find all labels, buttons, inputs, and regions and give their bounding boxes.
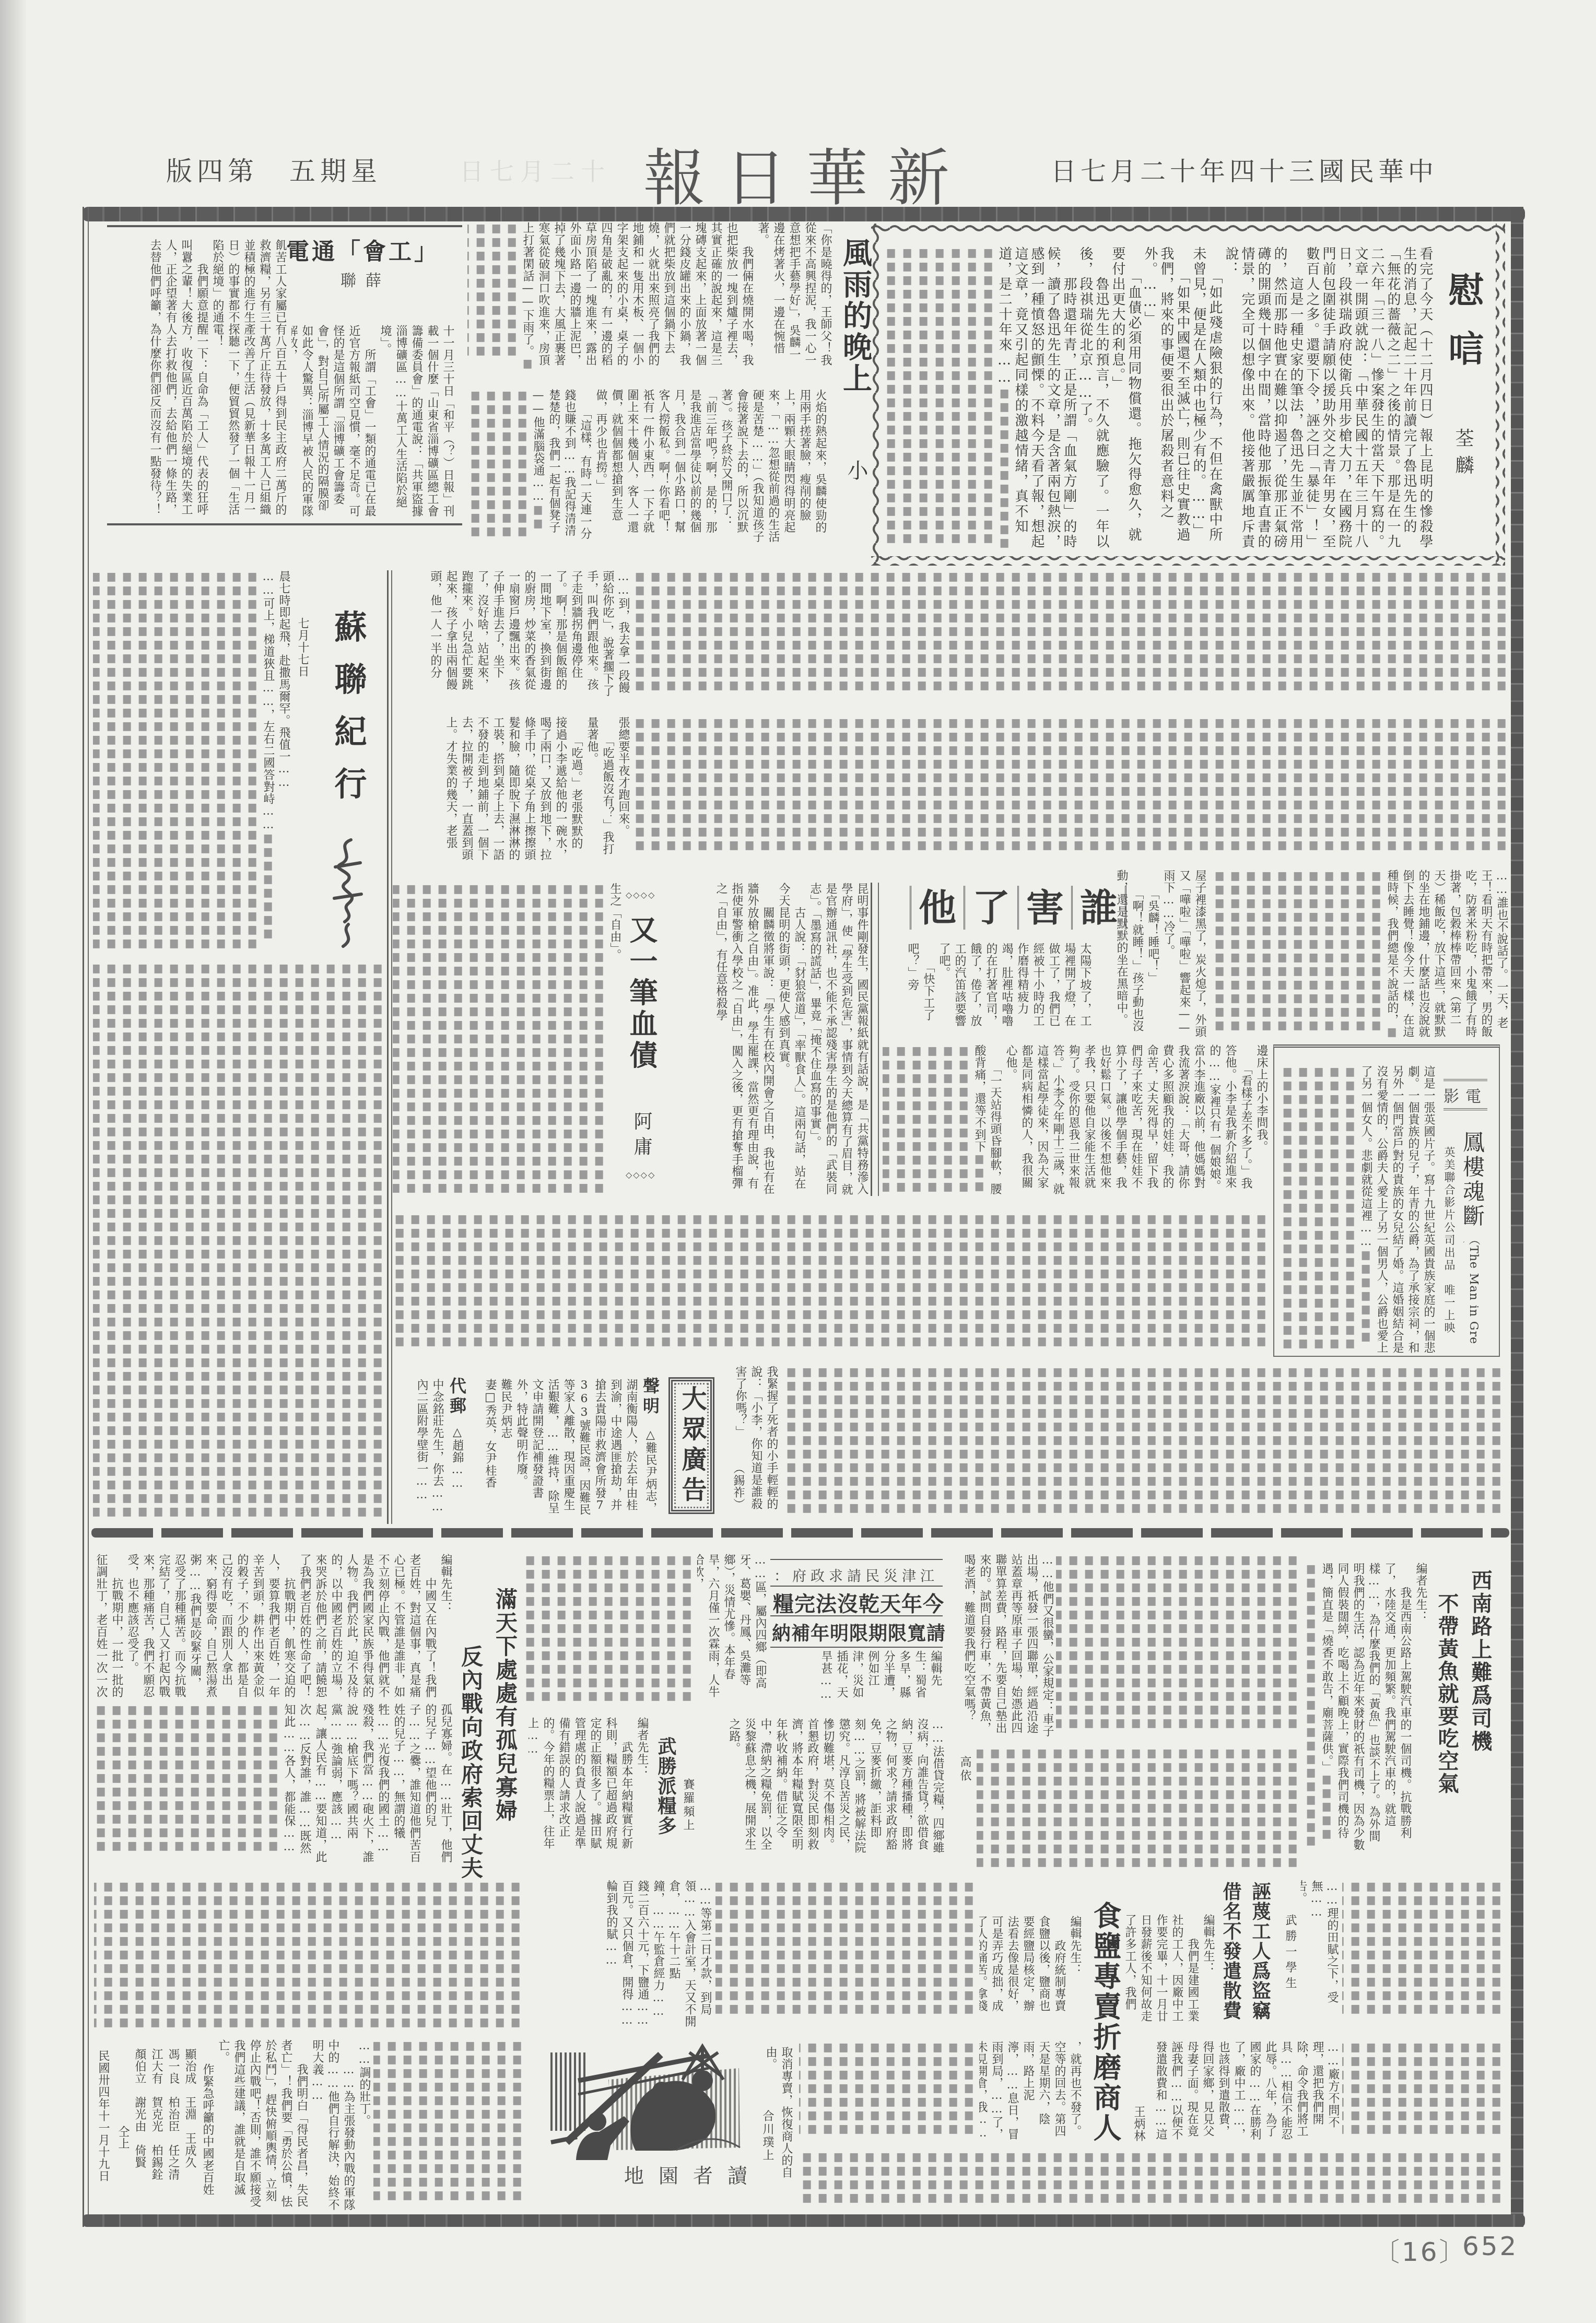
signatory-column: 顯治成 王淵 王成久 <box>183 2048 197 2202</box>
jiangjin-body-b: ……區，屬內四鄉（即高牙、葛嬰、丹鳳、吳灘等鄉），災情尤慘。本年春旱，六月僅一次… <box>697 1554 768 1704</box>
condolence-byline: 荃麟 <box>1451 428 1475 486</box>
workers-slandered-signoff: 王炳林等 <box>1131 2106 1146 2148</box>
jiangjin-rule <box>770 1615 943 1616</box>
mail-notice-title: 代郵 <box>447 1377 467 1419</box>
jiangjin-headline-2: 請寬限期限明年補納 <box>772 1619 946 1646</box>
storm-night-cont-tier-c: ……誰也不說話了。一天，老王！看明天有時把帶來，男的飯吃，防著米粉吃，小鬼餓了有… <box>1211 870 1509 1042</box>
illegible-print: ▆▆▆▆▆▆▆▆▆▆▆▆▆▆▆▆▆▆▆▆▆▆▆▆▆▆▆▆▆▆▆▆▆▆▆▆▆▆▆▆… <box>633 717 1507 852</box>
title-char: 誰 <box>1071 886 1126 930</box>
illegible-print: ▆▆▆▆▆▆▆▆▆▆▆▆▆▆▆▆▆▆▆▆▆▆▆▆▆▆▆▆▆▆▆▆▆▆▆▆▆▆▆▆… <box>94 1880 521 2029</box>
soviet-travel-dateline: 七月十七日 <box>295 617 310 690</box>
southwest-drivers-signoff: 高依 <box>958 1756 972 1785</box>
anti-civil-war-title-1: 滿天下處處有孤兒寡婦 <box>492 1588 518 1828</box>
illegible-print: ▆▆▆▆▆▆▆▆▆▆▆▆▆▆▆▆▆▆▆▆▆▆▆▆▆▆▆▆▆▆▆▆▆▆▆▆▆▆▆▆… <box>93 570 274 951</box>
who-harmed-him-body-b: 邊床上的小李問我。 「看樣子差不多了。」我答他。小李是我新介紹進來的……家裡只有… <box>883 1045 1269 1197</box>
illegible-print: ▆▆▆▆▆▆▆▆▆▆▆▆▆▆▆▆▆▆▆▆▆▆▆▆▆▆▆▆▆▆▆▆▆▆▆▆▆▆▆▆… <box>884 247 1010 550</box>
workers-slandered-body-cont: ▆▆▆▆▆▆▆▆▆▆▆▆▆▆▆▆▆▆▆▆▆▆▆▆▆▆▆▆▆▆▆▆▆▆▆▆▆▆▆▆… <box>1342 2041 1504 2146</box>
frame-bottom-rule <box>83 2214 1525 2227</box>
jiangjin-kicker: 江津災民請求政府： <box>774 1565 938 1585</box>
cosign-mark: 仝上 <box>117 2126 131 2157</box>
woodcut-illustration <box>546 2043 749 2161</box>
illegible-print: ▆▆▆▆▆▆▆▆▆▆▆▆▆▆▆▆▆▆▆▆▆▆▆▆▆▆▆▆▆▆▆▆▆▆▆▆▆▆▆▆… <box>467 222 533 371</box>
illegible-print: ▆▆▆▆▆▆▆▆▆▆▆▆▆▆▆▆▆▆▆▆▆▆▆▆▆▆▆▆▆▆▆▆▆▆▆▆▆▆▆▆… <box>525 1554 693 1703</box>
illegible-print: ▆▆▆▆▆▆▆▆▆▆▆▆▆▆▆▆▆▆▆▆▆▆▆▆▆▆▆▆▆▆▆▆▆▆▆▆▆▆▆▆… <box>467 389 544 538</box>
illegible-print: ▆▆▆▆▆▆▆▆▆▆▆▆▆▆▆▆▆▆▆▆▆▆▆▆▆▆▆▆▆▆▆▆▆▆▆▆▆▆▆▆… <box>393 1213 1267 1348</box>
issue-date: 中華民國三十四年十二月七日 <box>1051 151 1438 188</box>
section-separator <box>91 1528 1509 1538</box>
volume-marker: 〔16〕 <box>1374 2231 1468 2269</box>
workers-slandered-title-1: 誣蔑工人爲盜竊 <box>1249 1882 1271 2023</box>
jiangjin-body-a: 編輯先生：蜀省多旱，縣分半遭，例如江津，災如插花，天旱甚…… <box>772 1650 943 1702</box>
soviet-travel-body-cont: ▆▆▆▆▆▆▆▆▆▆▆▆▆▆▆▆▆▆▆▆▆▆▆▆▆▆▆▆▆▆▆▆▆▆▆▆▆▆▆▆… <box>93 962 385 1523</box>
frame-top-rule <box>83 207 1525 221</box>
film-review-body: 這是一張英國片子。寫十九世紀英國貴族家庭的一個悲劇。一個貴族的兒子，年青的公爵，… <box>1281 1065 1436 1354</box>
column-divider-rule <box>871 883 879 1196</box>
weekday-edition: 星期五 第四版 <box>166 150 382 188</box>
storm-night-body-upper: 「你是曉得的，王師父！我從來不高興捏泥，我一心一意想把手藝學好」，吳麟一邊在烤著… <box>467 222 833 371</box>
illegible-print: ▆▆▆▆▆▆▆▆▆▆▆▆▆▆▆▆▆▆▆▆▆▆▆▆▆▆▆▆▆▆▆▆▆▆▆▆▆▆▆▆… <box>93 962 383 1519</box>
jiangjin-body-c: ……法借貸完糧，四鄉雖沒病，向誰告貸？欲借食納，豆麥方種播種，即將之物，何求？請… <box>700 1718 945 1862</box>
blood-debt-title: 又一筆血債 <box>626 915 658 1082</box>
illegible-print: ▆▆▆▆▆▆▆▆▆▆▆▆▆▆▆▆▆▆▆▆▆▆▆▆▆▆▆▆▆▆▆▆▆▆▆▆▆▆▆▆… <box>1211 870 1398 1039</box>
storm-night-body-lower: 火焰的熱起來，吳麟使勁的用兩手搓著臉，瘦削的臉上，兩顆大眼睛閃得明亮起來，「……… <box>467 389 828 544</box>
salt-monopoly-body-c: ……等第二日才款，到局領……入會計室，天又不開倉，……午十二點鐘，……午監倉經力… <box>530 1880 713 2029</box>
jiangjin-rule <box>770 1559 943 1560</box>
illegible-print: ▆▆▆▆▆▆▆▆▆▆▆▆▆▆▆▆▆▆▆▆▆▆▆▆▆▆▆▆▆▆▆▆▆▆▆▆▆▆▆▆… <box>393 883 605 1195</box>
southwest-drivers-body: 編者先生： 我是西南公路上駕駛汽車的一個司機。抗戰勝利了，水陸交通，更加頻繁。我… <box>1303 1563 1428 1852</box>
title-char: 了 <box>964 886 1017 930</box>
union-telegram-title: 「工會」通電 <box>286 233 440 266</box>
public-ads-label: 大眾廣告 <box>678 1386 706 1507</box>
workers-slandered-title-2: 借名不發遣散費 <box>1220 1882 1242 2023</box>
jiangjin-rule <box>770 1647 943 1648</box>
statement-title: 聲明 <box>641 1377 659 1419</box>
jiangjin-headline-1: 今年天乾沒法完糧 <box>773 1588 944 1617</box>
film-credit: 英美聯合影片公司出品 唯一上映 <box>1441 1146 1457 1353</box>
illegible-print: ▆▆▆▆▆▆▆▆▆▆▆▆▆▆▆▆▆▆▆▆▆▆▆▆▆▆▆▆▆▆▆▆▆▆▆▆▆▆▆▆… <box>1342 2041 1502 2136</box>
title-char: 他 <box>910 886 964 930</box>
statement-lead: △難民尹炳志， <box>642 1428 658 1518</box>
soviet-travel-title: 蘇聯紀行 <box>328 610 368 824</box>
union-telegram-body-left: 飢苦工人家屬已有八百五十戶得到民主政府二萬斤的救濟糧，另有三十萬斤正待發放，十多… <box>112 239 288 519</box>
who-harmed-him-body-a: 太陽下坡了，工場裡開了燈，在做工了，我們已經被十小時的工作磨得精疲力竭，肚裡咕嚕… <box>888 943 1093 1027</box>
ornament-diamonds-bottom: ◇◇◇◇ <box>626 1170 655 1180</box>
scan-edge-shadow <box>0 0 26 2323</box>
storm-night-cont-tier-b: 張總要半夜才跑回來。 「吃過飯沒有？」我打量著他。 「吃過。」老張默默的接過小李… <box>393 717 631 861</box>
salt-monopoly-body-cont: ▆▆▆▆▆▆▆▆▆▆▆▆▆▆▆▆▆▆▆▆▆▆▆▆▆▆▆▆▆▆▆▆▆▆▆▆▆▆▆▆… <box>715 1880 977 2029</box>
wusheng-body-cont: ▆▆▆▆▆▆▆▆▆▆▆▆▆▆▆▆▆▆▆▆▆▆▆▆▆▆▆▆▆▆▆▆▆▆▆▆▆▆▆▆… <box>1342 1880 1504 2029</box>
masthead: 新華日報 <box>643 128 969 217</box>
mail-notice-lead: △趙錦…… <box>449 1426 465 1518</box>
illegible-print: ▆▆▆▆▆▆▆▆▆▆▆▆▆▆▆▆▆▆▆▆▆▆▆▆▆▆▆▆▆▆▆▆▆▆▆▆▆▆▆▆… <box>977 1747 1298 1869</box>
storm-night-cont-tier-b-right: ▆▆▆▆▆▆▆▆▆▆▆▆▆▆▆▆▆▆▆▆▆▆▆▆▆▆▆▆▆▆▆▆▆▆▆▆▆▆▆▆… <box>633 717 1509 861</box>
union-telegram-byline: 薛聯 <box>341 267 391 290</box>
page-number: 652 <box>1462 2231 1518 2261</box>
film-title: 鳳樓魂斷 <box>1460 1131 1484 1233</box>
illegible-print: ▆▆▆▆▆▆▆▆▆▆▆▆▆▆▆▆▆▆▆▆▆▆▆▆▆▆▆▆▆▆▆▆▆▆▆▆▆▆▆▆… <box>1303 1563 1332 1848</box>
condolence-title: 慰唁 <box>1442 272 1484 402</box>
illegible-print: ▆▆▆▆▆▆▆▆▆▆▆▆▆▆▆▆▆▆▆▆▆▆▆▆▆▆▆▆▆▆▆▆▆▆▆▆▆▆▆▆… <box>373 2039 523 2202</box>
illegible-print: ▆▆▆▆▆▆▆▆▆▆▆▆▆▆▆▆▆▆▆▆▆▆▆▆▆▆▆▆▆▆▆▆▆▆▆▆▆▆▆▆… <box>883 1045 985 1194</box>
storm-night-byline: 小季 <box>844 460 868 527</box>
salt-monopoly-body-b: ，就再也不發了。空等的回去。第四天是星期六，陰雨，路上泥濘，……息日，冒雨到局，… <box>979 2041 1083 2146</box>
illegible-print: ▆▆▆▆▆▆▆▆▆▆▆▆▆▆▆▆▆▆▆▆▆▆▆▆▆▆▆▆▆▆▆▆▆▆▆▆▆▆▆▆… <box>781 1366 1502 1515</box>
illegible-print: ▆▆▆▆▆▆▆▆▆▆▆▆▆▆▆▆▆▆▆▆▆▆▆▆▆▆▆▆▆▆▆▆▆▆▆▆▆▆▆▆… <box>94 1704 279 1853</box>
statement-body: 湖南衡陽人，於去年由桂到渝，中途遇匪搶劫，并搶去貴陽市救濟會所發7363號難民證… <box>473 1379 639 1519</box>
jiangjin-signoff: 賽羅頻上 <box>680 1778 696 1836</box>
workers-slandered-body-b: ……廠方不問不理，還把我們開除，命令我們將工具……相信不能忍此辱。八年，為了國家… <box>1152 2041 1341 2146</box>
southwest-drivers-title-1: 西南路上難爲司機 <box>1468 1569 1493 1757</box>
storm-night-title: 風雨的晚上 <box>838 238 873 400</box>
wusheng-body: 編者先生： 武勝本年納糧實行新科則，糧額已超過政府規定的正額很多了。據田賦管理處… <box>529 1717 650 1861</box>
bleed-through-text: 十二月七日 <box>460 152 611 187</box>
anti-civil-war-ending: ……調的壯丁。 ……為主張發動內戰的軍隊中的……他們自行解決，始終不明大義…… … <box>199 2039 372 2213</box>
who-harmed-him-signoff: （錫祚） <box>730 1462 746 1518</box>
anti-civil-war-body-cont: ▆▆▆▆▆▆▆▆▆▆▆▆▆▆▆▆▆▆▆▆▆▆▆▆▆▆▆▆▆▆▆▆▆▆▆▆▆▆▆▆… <box>373 2039 525 2213</box>
author-signature-mark <box>320 836 370 951</box>
union-box-bottom-rule <box>107 523 462 525</box>
anti-civil-war-body-cont: ▆▆▆▆▆▆▆▆▆▆▆▆▆▆▆▆▆▆▆▆▆▆▆▆▆▆▆▆▆▆▆▆▆▆▆▆▆▆▆▆… <box>94 1880 523 2033</box>
letters-body-cont: ▆▆▆▆▆▆▆▆▆▆▆▆▆▆▆▆▆▆▆▆▆▆▆▆▆▆▆▆▆▆▆▆▆▆▆▆▆▆▆▆… <box>977 1747 1300 1875</box>
film-section-tag: 電影 <box>1444 1079 1487 1110</box>
title-char: 害 <box>1017 886 1071 930</box>
frame-right-border <box>1511 207 1523 2227</box>
illegible-print: ▆▆▆▆▆▆▆▆▆▆▆▆▆▆▆▆▆▆▆▆▆▆▆▆▆▆▆▆▆▆▆▆▆▆▆▆▆▆▆▆… <box>633 570 1507 693</box>
frame-left-border <box>83 207 89 2227</box>
illegible-print: ▆▆▆▆▆▆▆▆▆▆▆▆▆▆▆▆▆▆▆▆▆▆▆▆▆▆▆▆▆▆▆▆▆▆▆▆▆▆▆▆… <box>799 2151 1502 2205</box>
storm-night-cont-tier-a-right: ▆▆▆▆▆▆▆▆▆▆▆▆▆▆▆▆▆▆▆▆▆▆▆▆▆▆▆▆▆▆▆▆▆▆▆▆▆▆▆▆… <box>633 570 1509 699</box>
signatory-column: 江大有 賀克光 柏錫銓 <box>149 2048 164 2202</box>
union-telegram-body-right: 十一月三十日「和平（？）日報」刊載一個什麼「山東省淄博礦區總工會籌備委員會」的通… <box>291 325 455 519</box>
salt-monopoly-body-a: 編輯先生： 政府統制專賣食鹽以後，鹽商也要經鹽局核定，辦法看去像是很好，可是弄巧… <box>979 1916 1083 2023</box>
who-harmed-him-title: 誰 害 了 他 <box>910 886 1126 930</box>
anti-civil-war-title-2: 反內戰向政府索回丈夫 <box>457 1645 484 1885</box>
blood-debt-body: 昆明事件剛發生，國民黨報紙就有話說，是「共黨特務滲入學府」，使「學生受到危害」，… <box>673 883 870 1197</box>
who-harmed-him-body-d: ▆▆▆▆▆▆▆▆▆▆▆▆▆▆▆▆▆▆▆▆▆▆▆▆▆▆▆▆▆▆▆▆▆▆▆▆▆▆▆▆… <box>781 1366 1504 1518</box>
jiangjin-rule <box>770 1586 943 1587</box>
salt-monopoly-title: 食鹽專賣折磨商人 <box>1087 1901 1124 2146</box>
workers-slandered-body-a: 編輯先生： 我們是建國工業社的工人，因廠中工作要完畢，十一月廿日發薪後不知何故走… <box>1123 1914 1216 2024</box>
union-box-top-rule <box>107 225 462 227</box>
illegible-print: ▆▆▆▆▆▆▆▆▆▆▆▆▆▆▆▆▆▆▆▆▆▆▆▆▆▆▆▆▆▆▆▆▆▆▆▆▆▆▆▆… <box>1342 1880 1502 2016</box>
ornament-diamonds-top: ◇◇◇◇ <box>626 890 655 900</box>
signatory-column: 顏伯立 謝光由 倚賢 <box>133 2048 147 2202</box>
salt-monopoly-signoff: 合川璞上 <box>760 2110 775 2162</box>
mail-notice-body: 中念銘莊先生，你去…… 內二區附學壁街一…… <box>397 1379 445 1519</box>
southwest-drivers-body-cont: ▆▆▆▆▆▆▆▆▆▆▆▆▆▆▆▆▆▆▆▆▆▆▆▆▆▆▆▆▆▆▆▆▆▆▆▆▆▆▆▆… <box>1056 1554 1300 1741</box>
film-english-title: （The Man in Grey） <box>1463 1234 1481 1354</box>
condolence-body: 看完了今天（十二月四日）報上昆明的慘殺學生的消息，記起二十年前讀完了魯迅先生的「… <box>884 247 1433 556</box>
public-ads-box: 大眾廣告 <box>668 1377 714 1514</box>
illegible-print: ▆▆▆▆▆▆▆▆▆▆▆▆▆▆▆▆▆▆▆▆▆▆▆▆▆▆▆▆▆▆▆▆▆▆▆▆▆▆▆▆… <box>715 1880 975 2016</box>
storm-night-cont-tier-a: ……到，我去拿一段饅頭給你吃」，說著擱下了手，叫我們跟他來。孩子走到牆拐角邊停住… <box>393 570 631 699</box>
letter-date: 民國卅四年十一月十九日 <box>95 2050 111 2187</box>
letters-body-cont: ▆▆▆▆▆▆▆▆▆▆▆▆▆▆▆▆▆▆▆▆▆▆▆▆▆▆▆▆▆▆▆▆▆▆▆▆▆▆▆▆… <box>799 2151 1504 2212</box>
illegible-print: ▆▆▆▆▆▆▆▆▆▆▆▆▆▆▆▆▆▆▆▆▆▆▆▆▆▆▆▆▆▆▆▆▆▆▆▆▆▆▆▆… <box>1056 1554 1298 1730</box>
anti-civil-war-body-b: 孤兒寡婦。在……壯丁，他們的兒子……望他們的兒子……之爨，誰知道他們苦百姓的兒子… <box>94 1704 453 1863</box>
letters-body-cont: ▆▆▆▆▆▆▆▆▆▆▆▆▆▆▆▆▆▆▆▆▆▆▆▆▆▆▆▆▆▆▆▆▆▆▆▆▆▆▆▆… <box>525 1554 695 1705</box>
wusheng-signoff: 武勝一學生 <box>1282 1914 1298 2000</box>
column-divider-rule <box>387 570 392 1524</box>
wusheng-title: 武勝派糧多 <box>654 1737 678 1838</box>
anti-civil-war-body-a: 編輯先生： 中國又在內戰了！我們老百姓，對這個事，真是痛心已極。不管誰是誰非，如… <box>94 1554 453 1698</box>
salt-monopoly-body-d: ▆▆▆▆▆▆▆▆▆▆▆▆▆▆▆▆▆▆▆▆▆▆▆▆▆▆▆▆▆▆▆▆▆▆▆▆▆▆▆▆… <box>799 2041 977 2146</box>
soviet-travel-body: 晨七時即起飛，赴撒馬爾罕。飛值一…… ……可上，梯道狹且……，左右二國答對峙……… <box>93 570 291 954</box>
blood-debt-body-cont: 生之「自由」。 ▆▆▆▆▆▆▆▆▆▆▆▆▆▆▆▆▆▆▆▆▆▆▆▆▆▆▆▆▆▆▆▆… <box>393 883 623 1197</box>
wusheng-ending: ……理的田賦之下，受無…… 告。 <box>1300 1880 1340 2027</box>
signatory-column: 馮一良 柏治臣 任之清 <box>166 2048 181 2202</box>
readers-corner-caption: 讀者園地 <box>624 2160 762 2188</box>
illegible-print: ▆▆▆▆▆▆▆▆▆▆▆▆▆▆▆▆▆▆▆▆▆▆▆▆▆▆▆▆▆▆▆▆▆▆▆▆▆▆▆▆… <box>1281 1065 1371 1351</box>
blood-debt-byline: 阿庸 <box>630 1111 653 1164</box>
illegible-print: ▆▆▆▆▆▆▆▆▆▆▆▆▆▆▆▆▆▆▆▆▆▆▆▆▆▆▆▆▆▆▆▆▆▆▆▆▆▆▆▆… <box>799 2041 975 2136</box>
southwest-drivers-ending: ……他們又很蠻，公家規定：車子出場，祇發一張四聯單，經過沿途站蓋章再等原車子回場… <box>959 1554 1055 1741</box>
southwest-drivers-title-2: 不帶黃魚就要吃空氣 <box>1434 1593 1459 1802</box>
who-harmed-him-body-c: ▆▆▆▆▆▆▆▆▆▆▆▆▆▆▆▆▆▆▆▆▆▆▆▆▆▆▆▆▆▆▆▆▆▆▆▆▆▆▆▆… <box>393 1213 1269 1352</box>
